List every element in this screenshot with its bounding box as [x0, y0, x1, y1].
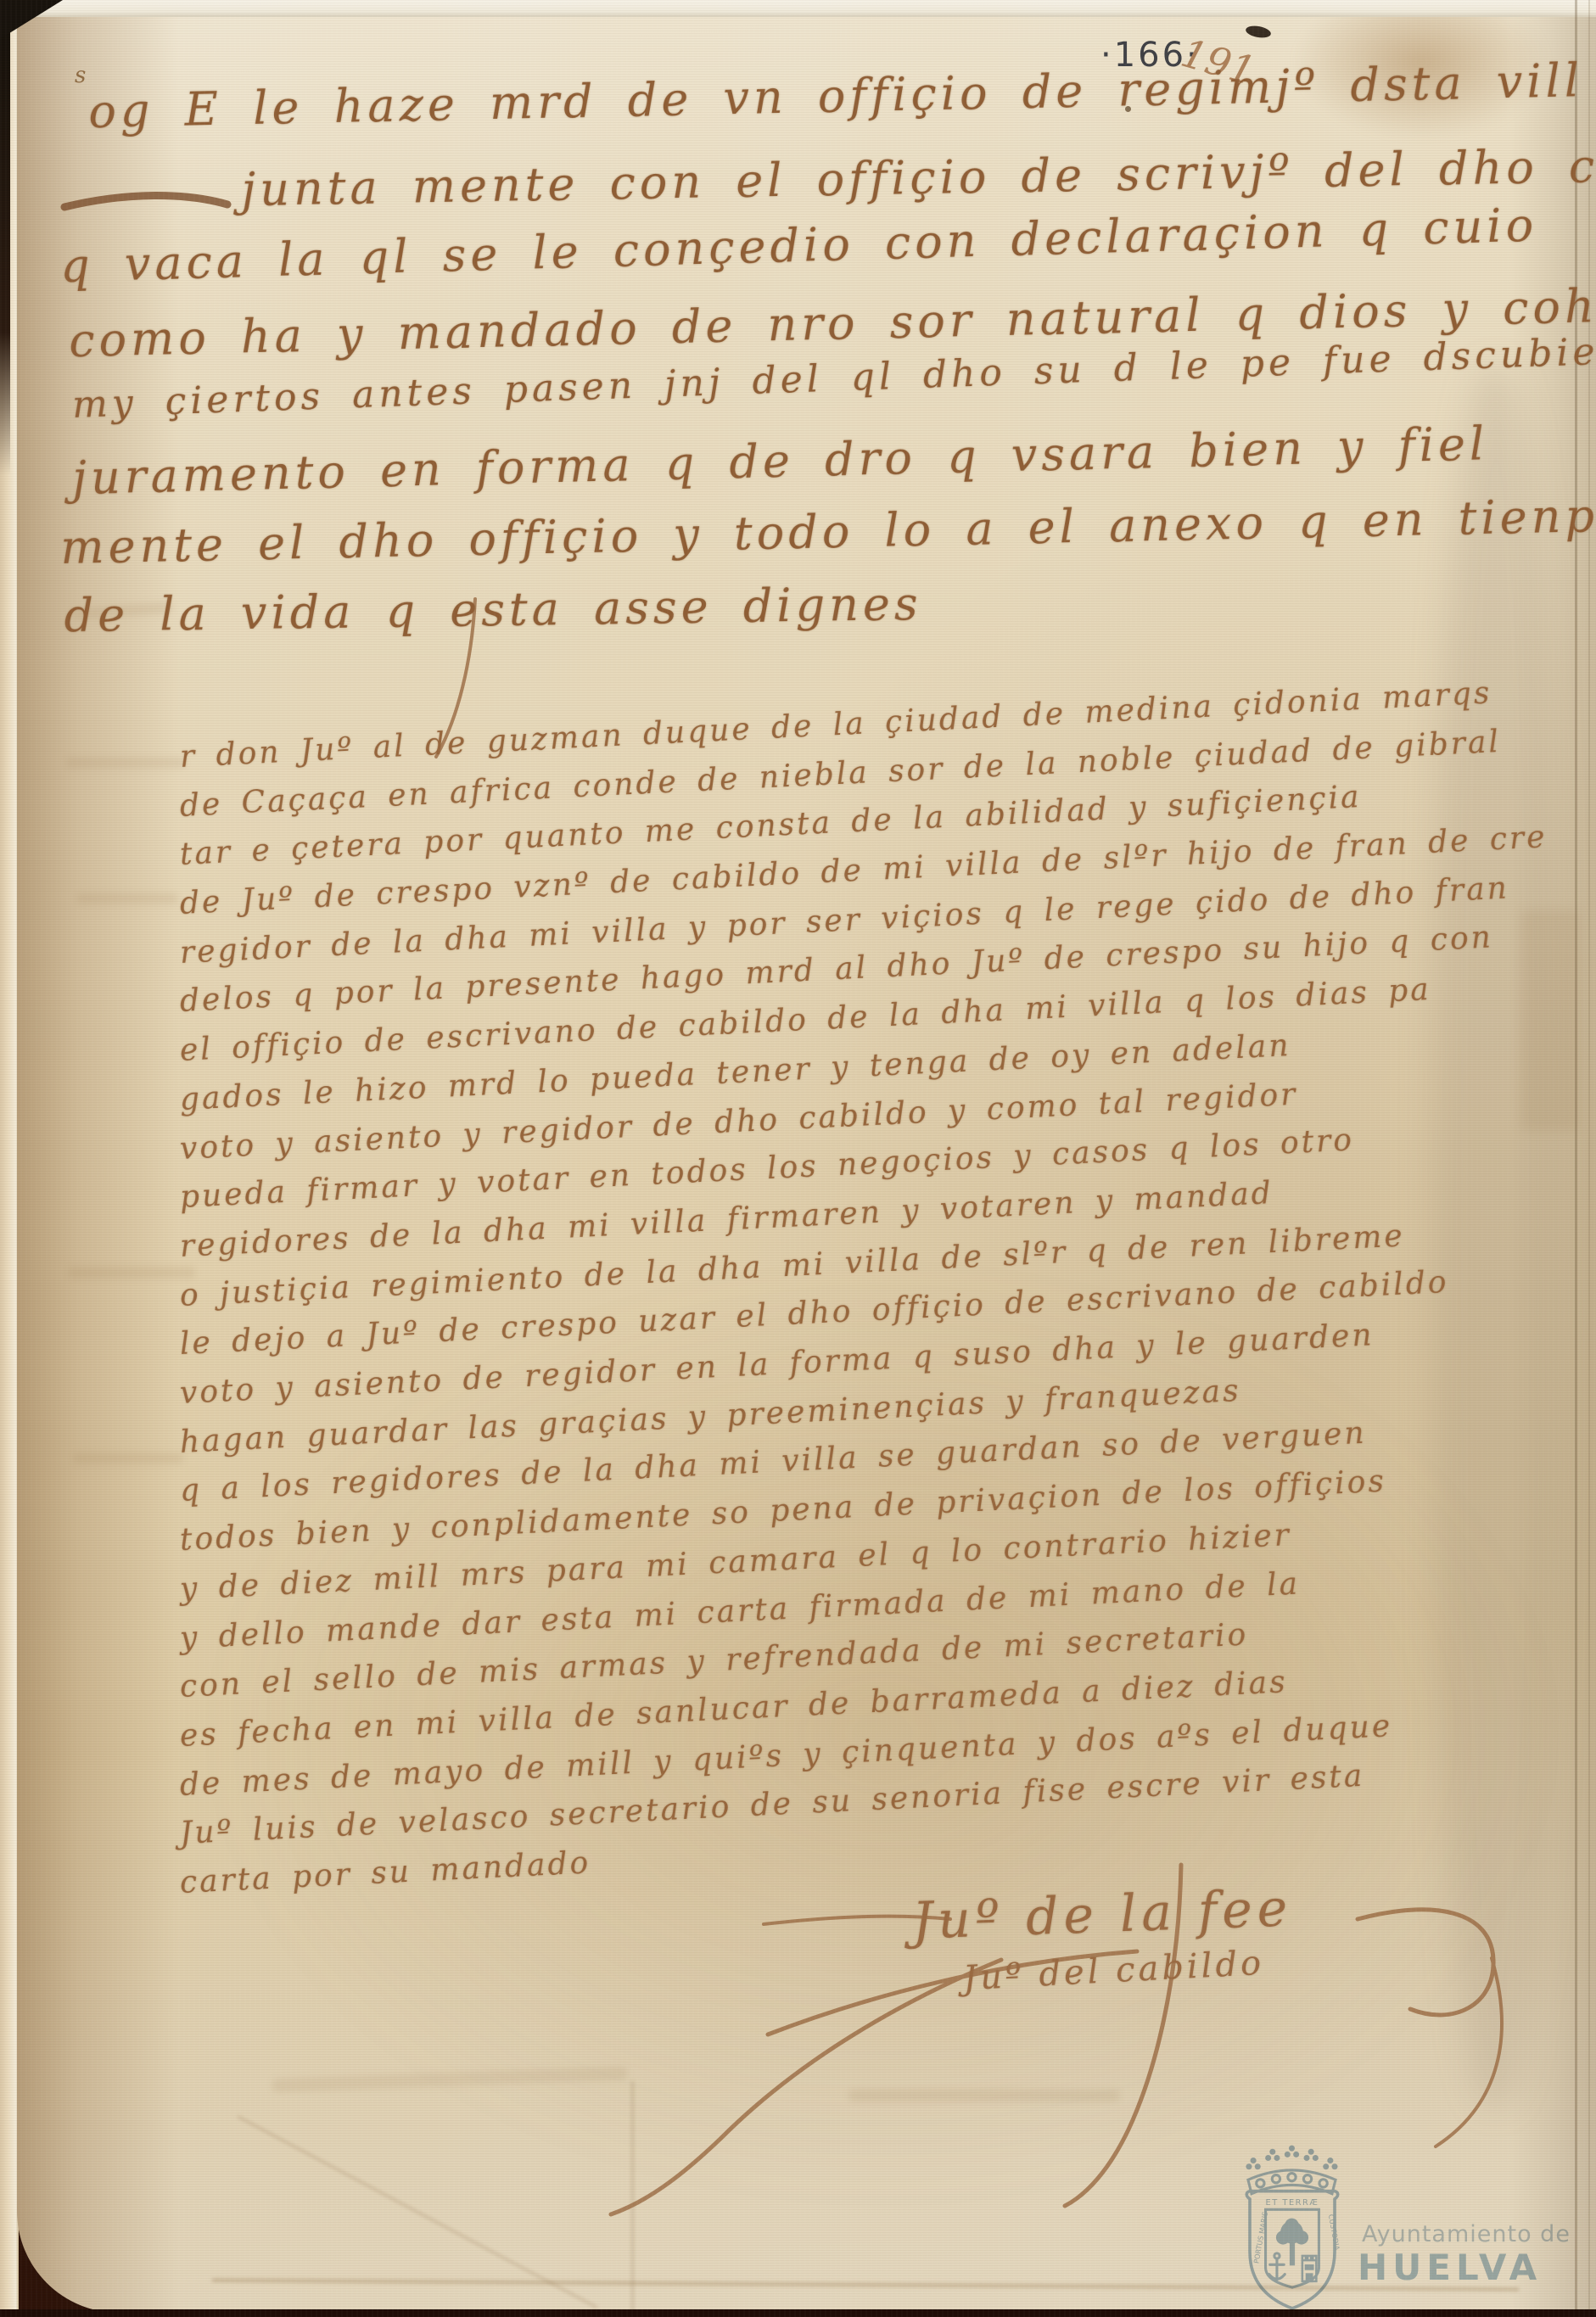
huelva-watermark: ET TERRÆ PORTUS MARIS CUSTODIA: [1222, 2136, 1596, 2317]
crest-anchor: [1269, 2253, 1285, 2280]
crest-tree: [1276, 2219, 1308, 2266]
margin-mark: s: [75, 63, 86, 88]
huelva-crest-icon: ET TERRÆ PORTUS MARIS CUSTODIA: [1237, 2145, 1347, 2313]
top-page-edge: [0, 0, 1596, 17]
crease-diagonal: [237, 2115, 597, 2309]
crown-merlons: [1246, 2146, 1337, 2170]
showthrough-ghost: [848, 2090, 1120, 2102]
crest-motto-right: CUSTODIA: [1327, 2213, 1341, 2251]
crest-motto-top: ET TERRÆ: [1266, 2198, 1319, 2208]
ink-speck: [1245, 24, 1272, 39]
crease-vertical: [631, 2081, 634, 2313]
binding-shadow: [0, 0, 10, 475]
manuscript-scan: ·166· 191 s og E le haze mrd de vn offiç…: [0, 0, 1596, 2317]
showthrough-ghost: [272, 2067, 628, 2093]
watermark-org-name-bold: HUELVA: [1358, 2247, 1542, 2288]
watermark-org-name: Ayuntamiento de: [1362, 2221, 1571, 2247]
